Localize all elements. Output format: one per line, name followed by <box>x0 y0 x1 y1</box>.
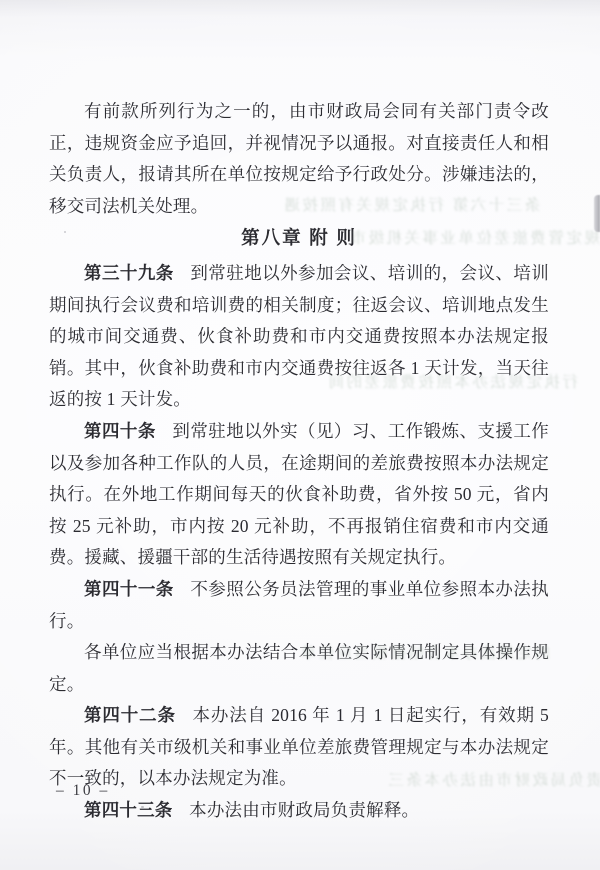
article-43-paragraph: 第四十三条本办法由市财政局负责解释。 <box>49 795 549 827</box>
unit-rules-paragraph: 各单位应当根据本办法结合本单位实际情况制定具体操作规定。 <box>49 637 549 700</box>
article-41-paragraph: 第四十一条不参照公务员法管理的事业单位参照本办法执行。 <box>49 574 549 637</box>
chapter-heading: 第八章 附 则 <box>49 224 549 256</box>
article-43-number: 第四十三条 <box>84 800 173 820</box>
article-42-number: 第四十二条 <box>84 705 176 725</box>
scan-edge-artifact <box>594 195 600 232</box>
article-39-text: 到常驻地以外参加会议、培训的，会议、培训期间执行会议费和培训费的相关制度；往返会… <box>49 263 549 409</box>
article-39-paragraph: 第三十九条到常驻地以外参加会议、培训的，会议、培训期间执行会议费和培训费的相关制… <box>49 258 549 416</box>
article-39-number: 第三十九条 <box>84 263 174 283</box>
dust-speck <box>64 231 66 233</box>
scanned-document-page: 有前款所列行为之一的，由市财政局会同有关部门责令改正，违规资金应予追回，并视情况… <box>0 0 600 870</box>
article-41-number: 第四十一条 <box>84 579 174 599</box>
dust-speck <box>141 806 144 808</box>
article-43-text: 本办法由市财政局负责解释。 <box>189 800 419 820</box>
intro-paragraph: 有前款所列行为之一的，由市财政局会同有关部门责令改正，违规资金应予追回，并视情况… <box>49 96 549 222</box>
page-number: – 10 – <box>56 782 110 800</box>
article-40-paragraph: 第四十条到常驻地以外实（见）习、工作锻炼、支援工作以及参加各种工作队的人员，在途… <box>49 416 549 574</box>
article-40-number: 第四十条 <box>84 421 156 441</box>
article-40-text: 到常驻地以外实（见）习、工作锻炼、支援工作以及参加各种工作队的人员，在途期间的差… <box>49 421 549 567</box>
document-body: 有前款所列行为之一的，由市财政局会同有关部门责令改正，违规资金应予追回，并视情况… <box>49 96 549 827</box>
article-42-paragraph: 第四十二条本办法自 2016 年 1 月 1 日起实行，有效期 5 年。其他有关… <box>49 700 549 795</box>
